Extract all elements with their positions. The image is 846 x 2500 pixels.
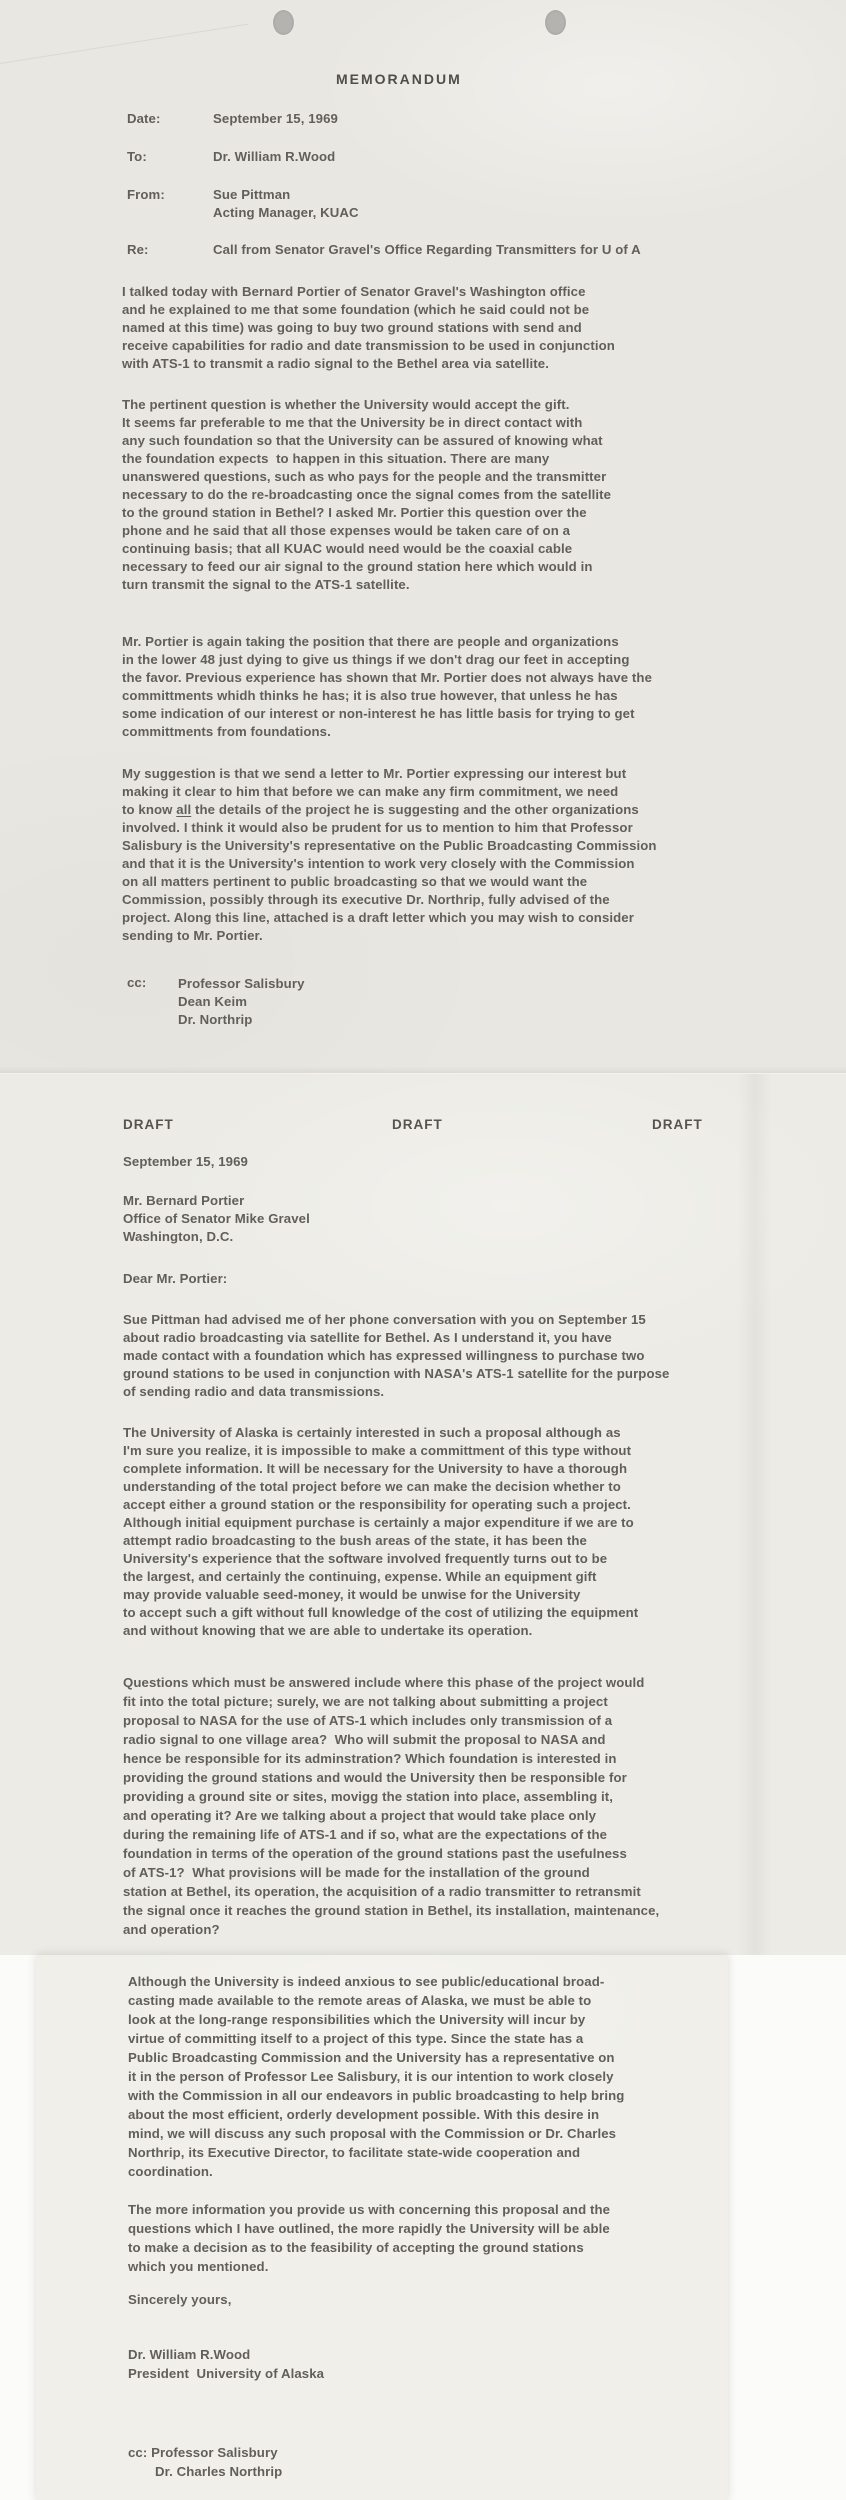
memo-cc-list: Professor SalisburyDean KeimDr. Northrip <box>178 975 305 1029</box>
letter-paragraph-3: Questions which must be answered include… <box>123 1673 659 1939</box>
memo-paragraph-1: I talked today with Bernard Portier of S… <box>122 283 615 373</box>
memo-to-label: To: <box>127 149 147 164</box>
letter-salutation: Dear Mr. Portier: <box>123 1271 227 1286</box>
letter-cc-line-1: cc: Professor Salisbury <box>128 2445 278 2460</box>
draft-stamp-1: DRAFT <box>123 1117 174 1132</box>
memo-from-title: Acting Manager, KUAC <box>213 205 359 220</box>
letter-paragraph-4: Although the University is indeed anxiou… <box>128 1972 624 2181</box>
draft-letter-page-2: Although the University is indeed anxiou… <box>36 1955 728 2500</box>
draft-letter-page-1: DRAFT DRAFT DRAFT September 15, 1969 Mr.… <box>0 1073 846 1956</box>
letter-paragraph-1: Sue Pittman had advised me of her phone … <box>123 1311 670 1401</box>
memo-from-value: Sue Pittman <box>213 187 290 202</box>
memo-page: MEMORANDUM Date: September 15, 1969 To: … <box>0 0 846 1073</box>
scan-background: Although the University is indeed anxiou… <box>0 1955 846 2500</box>
memo-re-value: Call from Senator Gravel's Office Regard… <box>213 242 641 257</box>
memo-paragraph-2: The pertinent question is whether the Un… <box>122 396 611 594</box>
draft-stamp-2: DRAFT <box>392 1117 443 1132</box>
memo-title: MEMORANDUM <box>336 71 462 87</box>
scanned-document: { "memo": { "title": "MEMORANDUM", "fiel… <box>0 0 846 2500</box>
letter-paragraph-2: The University of Alaska is certainly in… <box>123 1424 638 1640</box>
paper-crease <box>0 24 248 66</box>
letter-paragraph-5: The more information you provide us with… <box>128 2200 610 2276</box>
letter-recipient-address: Mr. Bernard PortierOffice of Senator Mik… <box>123 1192 310 1246</box>
memo-date-value: September 15, 1969 <box>213 111 338 126</box>
draft-stamp-3: DRAFT <box>652 1117 703 1132</box>
letter-date: September 15, 1969 <box>123 1154 248 1169</box>
signature-title: President University of Alaska <box>128 2366 324 2381</box>
letter-cc-line-2: Dr. Charles Northrip <box>155 2464 282 2479</box>
signature-name: Dr. William R.Wood <box>128 2347 250 2362</box>
letter-closing: Sincerely yours, <box>128 2292 232 2307</box>
memo-paragraph-4: My suggestion is that we send a letter t… <box>122 765 657 945</box>
memo-from-label: From: <box>127 187 165 202</box>
memo-to-value: Dr. William R.Wood <box>213 149 335 164</box>
memo-paragraph-3: Mr. Portier is again taking the position… <box>122 633 652 741</box>
memo-re-label: Re: <box>127 242 149 257</box>
punch-hole-right <box>545 10 566 35</box>
memo-date-label: Date: <box>127 111 160 126</box>
memo-cc-label: cc: <box>127 975 146 990</box>
punch-hole-left <box>273 10 294 35</box>
